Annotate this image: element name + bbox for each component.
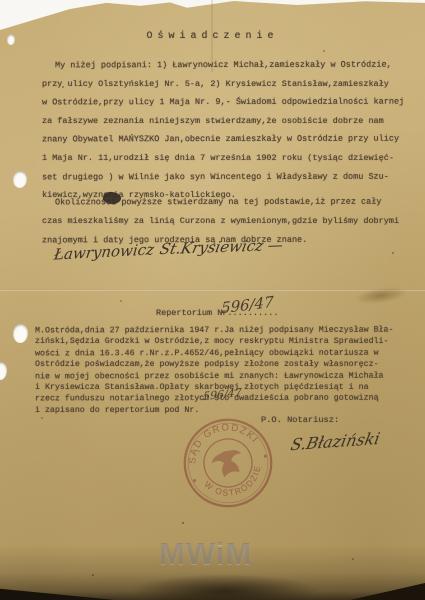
scan-background-corner-top-left <box>0 0 100 30</box>
notary-paragraph: M.Ostróda,dnia 27 października 1947 r.Ja… <box>35 325 393 416</box>
witness-signature-1: Ławrynowicz <box>53 240 155 263</box>
eagle-emblem-icon <box>209 446 246 480</box>
notary-line: Ostródzie poświadczam,że powyższe podpis… <box>35 359 393 370</box>
notary-role-label: P.O. Notariusz: <box>261 415 339 425</box>
statement-line: za fałszywe zeznania niniejszym stwierdz… <box>42 112 404 131</box>
statement-line: przy ulicy Olsztyńskiej Nr. 5-a, 2) Krys… <box>42 75 404 94</box>
paper-stain <box>354 284 408 306</box>
statement-line: Okoliczności powyższe stwierdzamy na tej… <box>42 193 399 213</box>
notary-line: M.Ostróda,dnia 27 października 1947 r.Ja… <box>35 325 394 337</box>
statement-line: w Ostródzie,przy ulicy 1 Maja Nr. 9,- Św… <box>42 93 404 112</box>
statement-line: My niżej podpisani: 1) Ławrynowicz Micha… <box>42 56 404 75</box>
punch-hole <box>13 324 28 343</box>
notary-line: wości z dnia 16.3.46 r.Nr.z.P.4652/46,pe… <box>35 347 394 359</box>
punch-hole <box>13 171 27 188</box>
statement-line: 1 Maja Nr. 11,urodził się dnia 7 wrześni… <box>42 149 404 168</box>
bottom-shadow-blob <box>130 574 320 600</box>
paper-speckles <box>0 0 2 2</box>
notary-line: nie w mojej obecności przez osobiście mi… <box>35 370 394 382</box>
witness-signature-2: St.Krysiewicz — <box>158 236 285 258</box>
page-title: Oświadczenie <box>0 31 425 42</box>
punch-hole <box>0 362 7 380</box>
notary-signature: S.Błaziński <box>289 429 382 455</box>
declaration-paragraph-1: My niżej podpisani: 1) Ławrynowicz Micha… <box>42 56 404 205</box>
statement-line: czas mieszkaliśmy za linią Curzona z wym… <box>42 212 399 231</box>
statement-line: znany Obywatel MAŃYSZKO Jan,obecnie zami… <box>42 130 404 149</box>
document-scan-photo: Oświadczenie My niżej podpisani: 1) Ławr… <box>0 0 425 600</box>
notary-line: ziński,Sędzia Grodzki w Ostródzie,z mocy… <box>35 336 393 347</box>
statement-line: set drugiego ) w Wilnie jako syn Wincent… <box>42 167 404 186</box>
notary-line: i zapisano do repertorium pod Nr. <box>35 405 393 416</box>
